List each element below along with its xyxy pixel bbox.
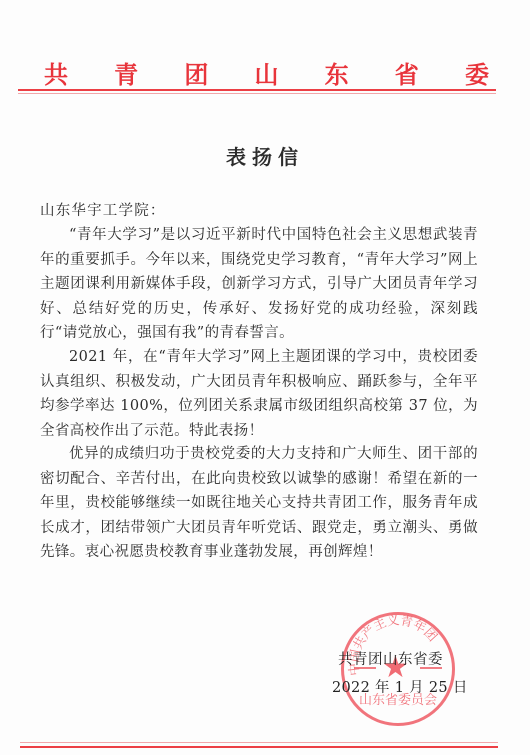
body-paragraph-2: 2021 年，在“青年大学习”网上主题团课的学习中，贵校团委认真组织、积极发动，… xyxy=(40,345,478,443)
salutation: 山东华宇工学院： xyxy=(40,199,166,220)
letterhead-divider-thick xyxy=(18,89,496,91)
body-paragraph-3: 优异的成绩归功于贵校党委的大力支持和广大师生、团干部的密切配合、辛苦付出，在此向… xyxy=(40,442,478,565)
body-paragraph-1: “青年大学习”是以习近平新时代中国特色社会主义思想武装青年的重要抓手。今年以来，… xyxy=(40,223,478,346)
footer-divider-thin xyxy=(20,742,498,743)
document-title: 表扬信 xyxy=(0,141,530,170)
letterhead-char: 共 xyxy=(44,55,68,90)
official-seal: 中国共产主义青年团 ★ 山东省委员会 xyxy=(341,612,455,726)
letterhead-char: 东 xyxy=(325,55,349,90)
signature-org: 共青团山东省委 xyxy=(338,648,443,669)
letterhead-char: 青 xyxy=(114,55,138,90)
signature-date: 2022 年 1 月 25 日 xyxy=(332,676,468,697)
letterhead-char: 山 xyxy=(254,55,278,90)
letterhead-org-name: 共 青 团 山 东 省 委 xyxy=(44,55,489,90)
letterhead-char: 省 xyxy=(395,55,419,90)
letterhead-divider-thin xyxy=(18,93,496,94)
letterhead-char: 团 xyxy=(184,55,208,90)
letterhead-char: 委 xyxy=(465,55,489,90)
footer-divider-thick xyxy=(20,746,498,748)
